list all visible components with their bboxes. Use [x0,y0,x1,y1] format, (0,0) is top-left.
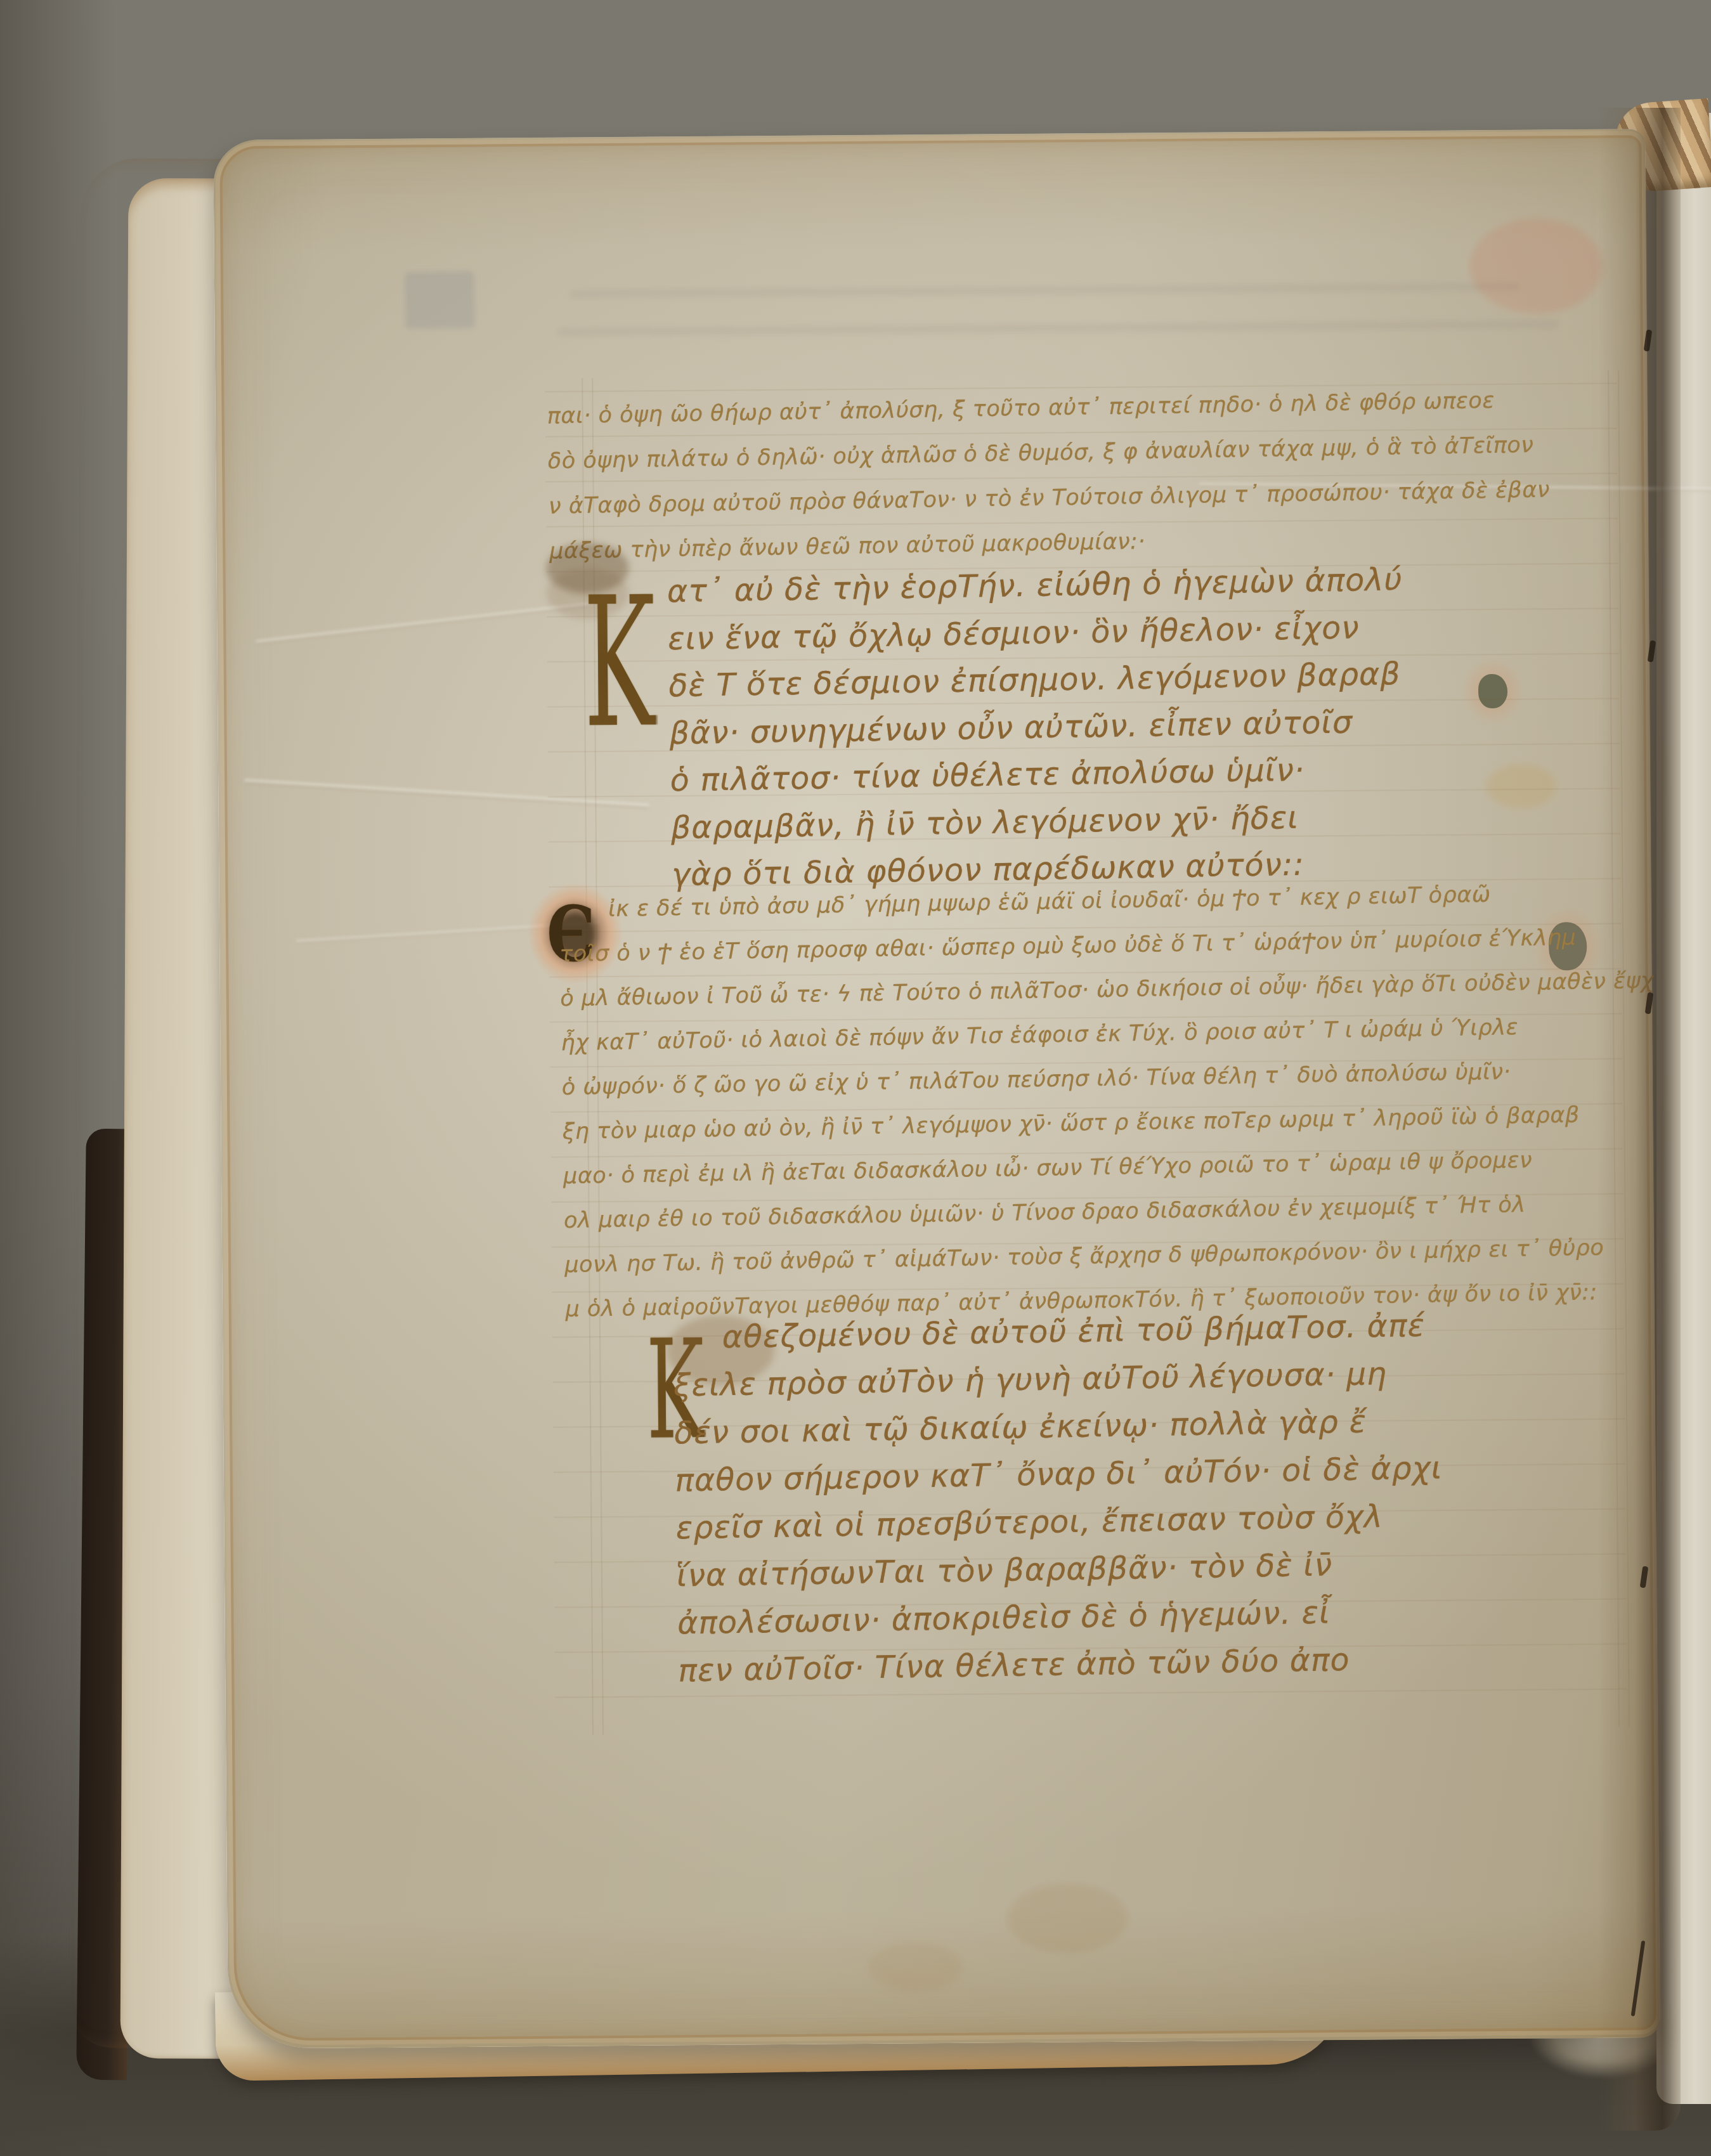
show-through-foliation [405,271,475,329]
manuscript-photo: παι· ὁ ὀψη ῶο θήωρ αὐτ᾽ ἀπολύση, ξ τοῦτο… [0,0,1711,2156]
brown-stain [1007,1883,1128,1954]
ink-blot [1478,674,1507,708]
commentary-block-middle: ἰκ ε δέ τι ὑπὸ ἀσυ μδ᾽ γήμη μψωρ ἑῶ μάϊ … [558,870,1659,1332]
show-through-text [557,320,1559,336]
commentary-block-top: παι· ὁ ὀψη ῶο θήωρ αὐτ᾽ ἀπολύση, ξ τοῦτο… [547,378,1551,575]
brown-stain [868,1942,964,1993]
lection-block-matthew-27-15-18: ατ᾽ αὐ δὲ τὴν ἑορΤήν. εἰώθη ὁ ἡγεμὼν ἀπο… [667,556,1407,899]
gutter-fold [1598,108,1681,2131]
parchment-crease [244,779,649,809]
blot-core [1478,674,1507,708]
lection-block-matthew-27-19-21: αθεζομένου δὲ αὐτοῦ ἐπὶ τοῦ βήμαΤοσ. ἀπέ… [672,1302,1446,1695]
red-stain [1469,218,1603,315]
manuscript-page: παι· ὁ ὀψη ῶο θήωρ αὐτ᾽ ἀπολύση, ξ τοῦτο… [213,129,1660,2049]
yellow-stain [1487,763,1557,808]
show-through-text [569,282,1521,299]
ruling-grid [213,129,1645,140]
